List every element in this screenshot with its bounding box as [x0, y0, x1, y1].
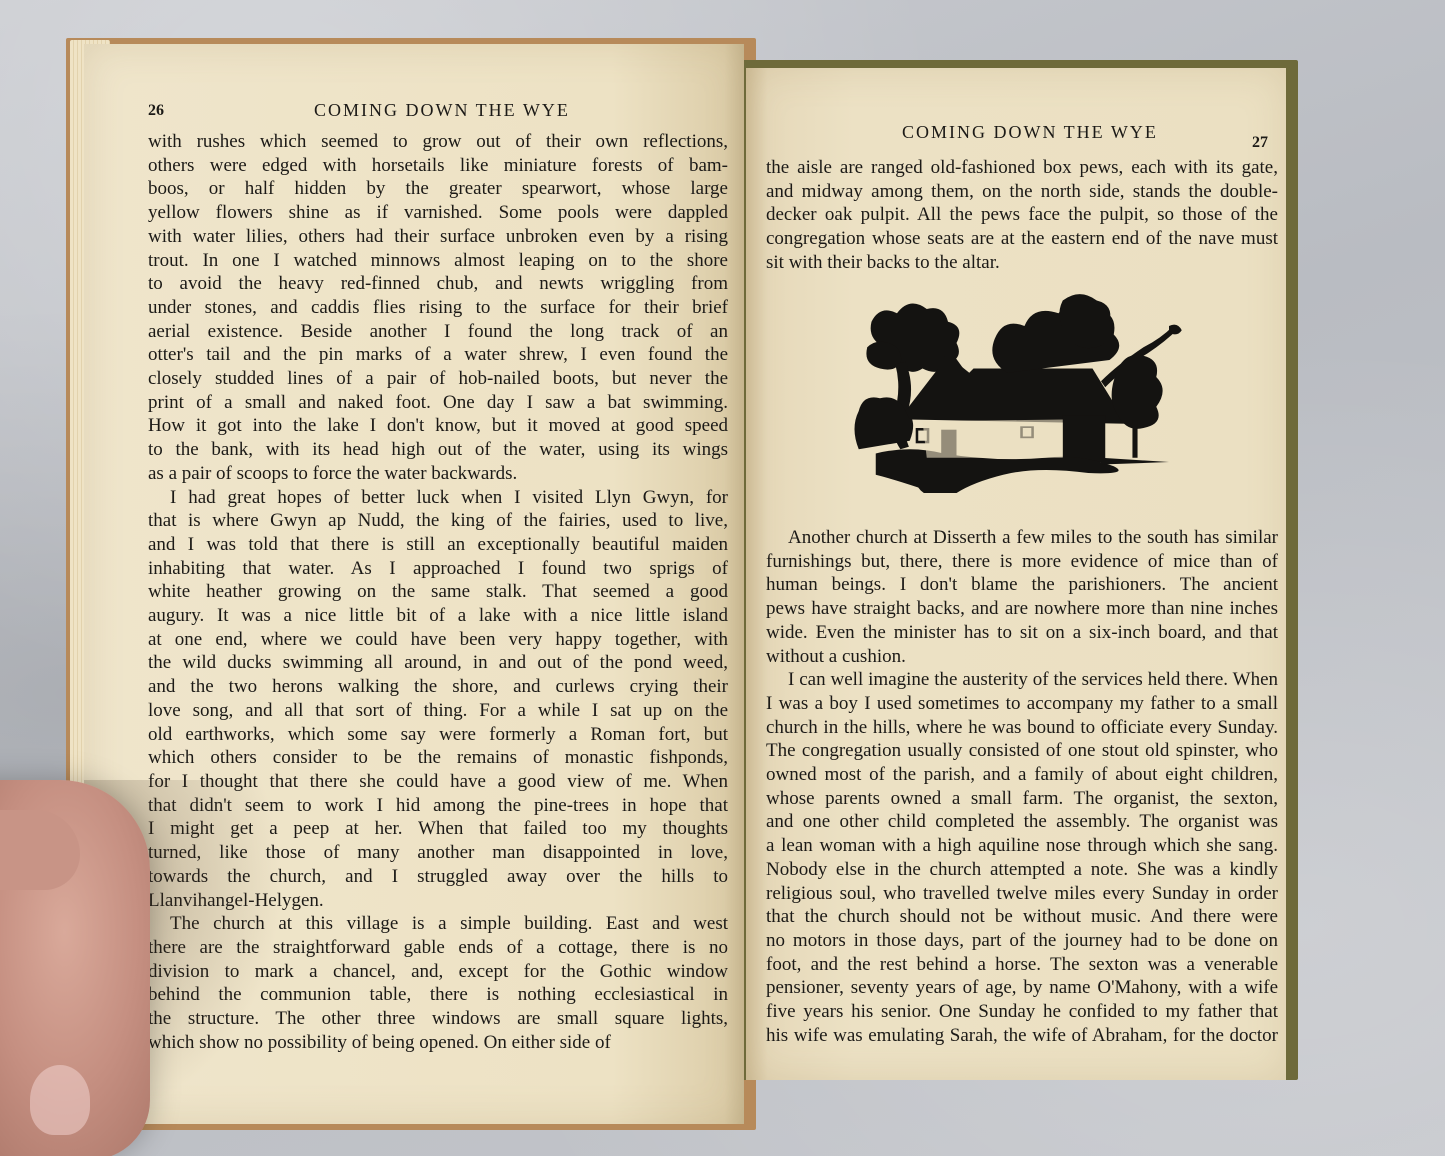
- text-line: and the two herons walking the shore, an…: [148, 675, 728, 699]
- text-line: at one end, where we could have been ver…: [148, 628, 728, 652]
- text-line: congregation whose seats are at the east…: [766, 227, 1278, 251]
- thumbnail: [30, 1065, 90, 1135]
- text-line: and I was told that there is still an ex…: [148, 533, 728, 557]
- text-line: as a pair of scoops to force the water b…: [148, 462, 728, 486]
- text-line: boos, or half hidden by the greater spea…: [148, 177, 728, 201]
- text-line: to avoid the heavy red-finned chub, and …: [148, 272, 728, 296]
- text-line: furnishings but, there, there is more ev…: [766, 550, 1278, 574]
- text-line: the wild ducks swimming all around, in a…: [148, 651, 728, 675]
- text-line: which others consider to be the remains …: [148, 746, 728, 770]
- text-line: under stones, and caddis flies rising to…: [148, 296, 728, 320]
- text-line: I had great hopes of better luck when I …: [148, 486, 728, 510]
- text-line: The congregation usually consisted of on…: [766, 739, 1278, 763]
- text-line: that is where Gwyn ap Nudd, the king of …: [148, 509, 728, 533]
- text-line: that the church should not be without mu…: [766, 905, 1278, 929]
- text-line: others were edged with horsetails like m…: [148, 154, 728, 178]
- page-number: 27: [1252, 134, 1268, 152]
- text-line: otter's tail and the pin marks of a wate…: [148, 343, 728, 367]
- text-line: white heather growing on the same stalk.…: [148, 580, 728, 604]
- text-line: Another church at Disserth a few miles t…: [766, 526, 1278, 550]
- text-line: a lean woman with a high aquiline nose t…: [766, 834, 1278, 858]
- text-line: I was a boy I used sometimes to accompan…: [766, 692, 1278, 716]
- text-line: and one other child completed the assemb…: [766, 810, 1278, 834]
- text-line: trout. In one I watched minnows almost l…: [148, 249, 728, 273]
- body-text-top: the aisle are ranged old-fashioned box p…: [766, 156, 1278, 275]
- text-line: aerial existence. Beside another I found…: [148, 320, 728, 344]
- text-line: pensioner, seventy years of age, by name…: [766, 976, 1278, 1000]
- text-line: without a cushion.: [766, 645, 1278, 669]
- text-line: church in the hills, where he was bound …: [766, 716, 1278, 740]
- text-line: inhabiting that water. As I approached I…: [148, 557, 728, 581]
- text-line: sit with their backs to the altar.: [766, 251, 1278, 275]
- text-line: foot, and the rest behind a horse. The s…: [766, 953, 1278, 977]
- text-line: with water lilies, others had their surf…: [148, 225, 728, 249]
- text-line: love song, and all that sort of thing. F…: [148, 699, 728, 723]
- page-number: 26: [148, 102, 164, 120]
- text-line: Nobody else in the church attempted a no…: [766, 858, 1278, 882]
- text-line: five years his senior. One Sunday he con…: [766, 1000, 1278, 1024]
- text-line: decker oak pulpit. All the pews face the…: [766, 203, 1278, 227]
- text-line: yellow flowers shine as if varnished. So…: [148, 201, 728, 225]
- text-line: wide. Even the minister has to sit on a …: [766, 621, 1278, 645]
- text-line: the aisle are ranged old-fashioned box p…: [766, 156, 1278, 180]
- text-line: no motors in those days, part of the jou…: [766, 929, 1278, 953]
- text-line: human beings. I don't blame the parishio…: [766, 573, 1278, 597]
- text-line: print of a small and naked foot. One day…: [148, 391, 728, 415]
- text-line: religious soul, who travelled twelve mil…: [766, 882, 1278, 906]
- body-text-bottom: Another church at Disserth a few miles t…: [766, 526, 1278, 1047]
- text-line: and midway among them, on the north side…: [766, 180, 1278, 204]
- right-page[interactable]: COMING DOWN THE WYE 27 the aisle are ran…: [746, 68, 1286, 1080]
- text-line: closely studded lines of a pair of hob-n…: [148, 367, 728, 391]
- text-line: with rushes which seemed to grow out of …: [148, 130, 728, 154]
- running-head: COMING DOWN THE WYE: [314, 100, 570, 121]
- text-line: augury. It was a nice little bit of a la…: [148, 604, 728, 628]
- text-line: pews have straight backs, and are nowher…: [766, 597, 1278, 621]
- text-line: his wife was emulating Sarah, the wife o…: [766, 1024, 1278, 1048]
- text-line: whose parents owned a small farm. The or…: [766, 787, 1278, 811]
- text-line: I can well imagine the austerity of the …: [766, 668, 1278, 692]
- cottage-church-woodcut-icon: [846, 278, 1186, 493]
- text-line: old earthworks, which some say were form…: [148, 723, 728, 747]
- running-head: COMING DOWN THE WYE: [902, 122, 1158, 143]
- text-line: to the bank, with its head high out of t…: [148, 438, 728, 462]
- text-line: owned most of the parish, and a family o…: [766, 763, 1278, 787]
- text-line: How it got into the lake I don't know, b…: [148, 414, 728, 438]
